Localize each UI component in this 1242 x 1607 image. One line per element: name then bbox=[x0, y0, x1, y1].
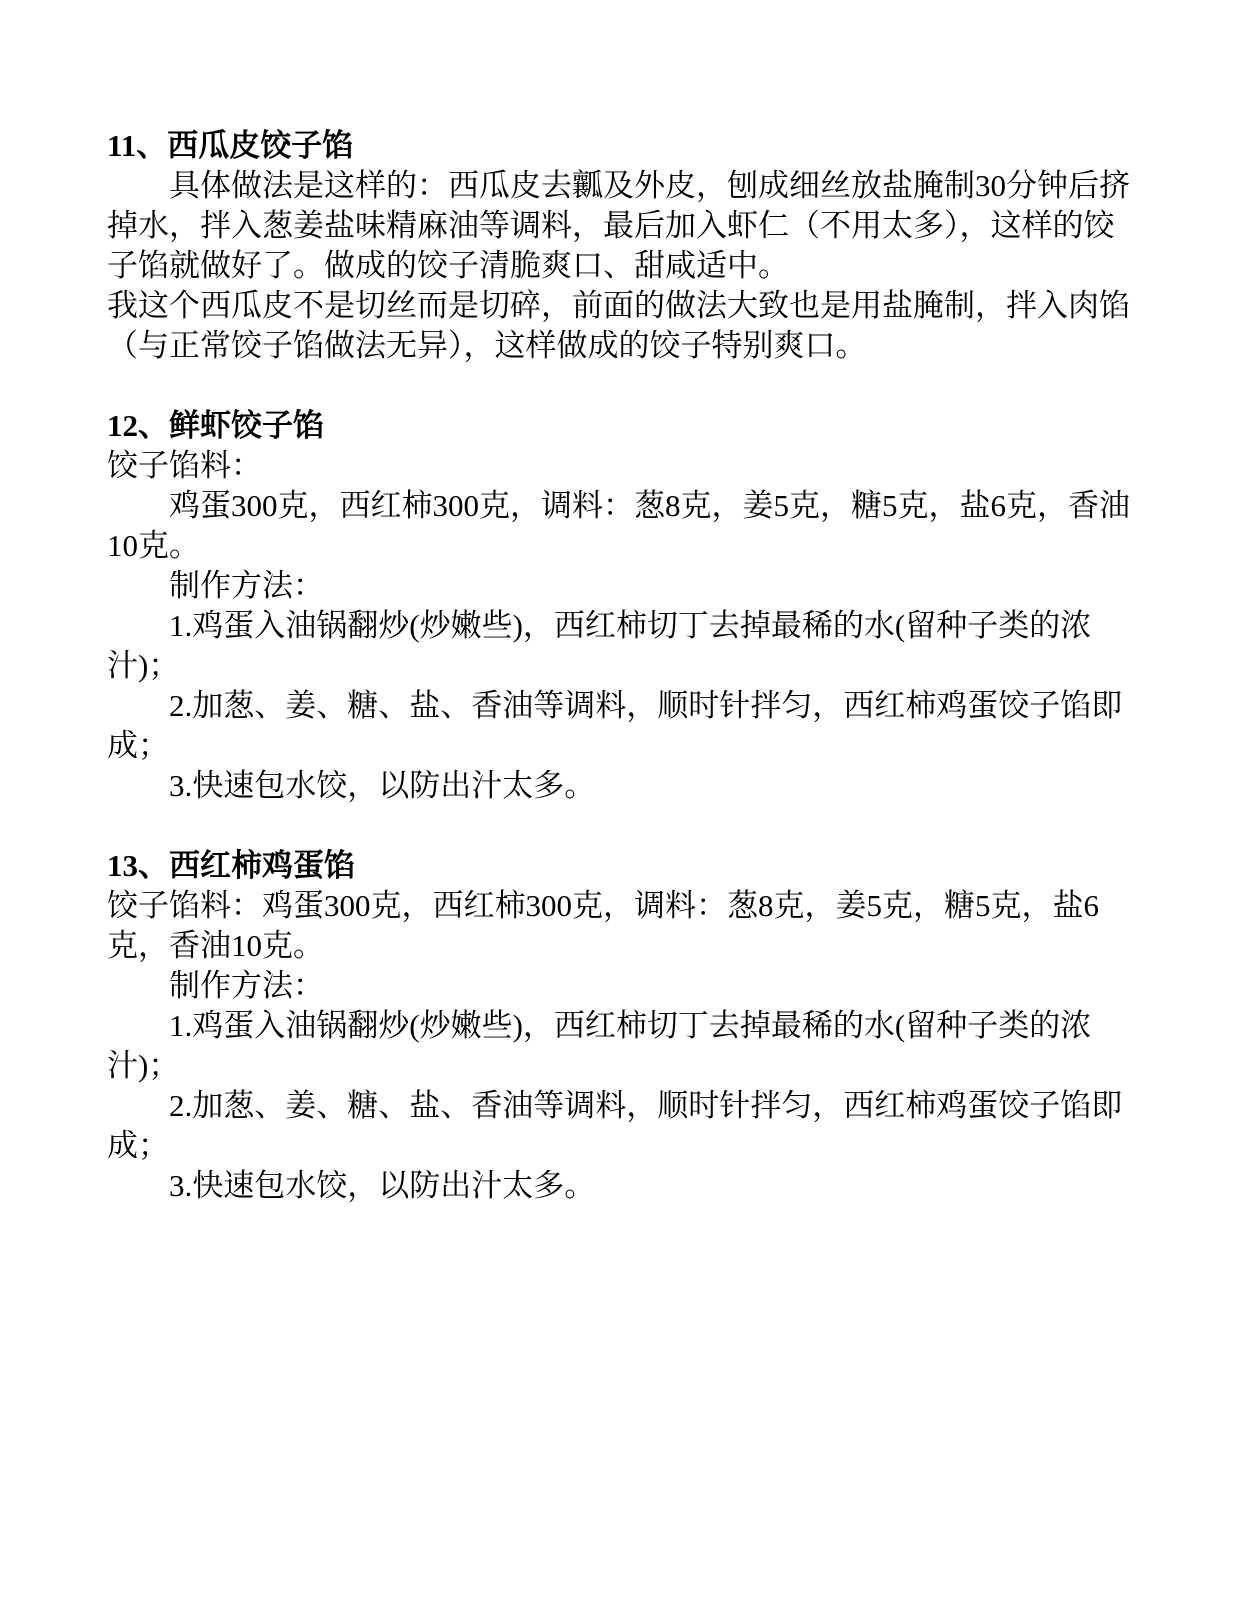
text-line: 10克。 bbox=[107, 526, 1142, 566]
text-line: 制作方法： bbox=[107, 566, 1142, 606]
text-line: 成； bbox=[107, 726, 1142, 766]
text-line: 克，香油10克。 bbox=[107, 926, 1142, 966]
text-line: 1.鸡蛋入油锅翻炒(炒嫩些)，西红柿切丁去掉最稀的水(留种子类的浓 bbox=[107, 606, 1142, 646]
text-line: （与正常饺子馅做法无异），这样做成的饺子特别爽口。 bbox=[107, 326, 1142, 366]
text-line: 具体做法是这样的：西瓜皮去瓤及外皮，刨成细丝放盐腌制30分钟后挤 bbox=[107, 166, 1142, 206]
text-line: 1.鸡蛋入油锅翻炒(炒嫩些)，西红柿切丁去掉最稀的水(留种子类的浓 bbox=[107, 1006, 1142, 1046]
section-fresh-shrimp-filling: 12、鲜虾饺子馅 饺子馅料： 鸡蛋300克，西红柿300克，调料：葱8克，姜5克… bbox=[107, 406, 1142, 806]
text-line: 鸡蛋300克，西红柿300克，调料：葱8克，姜5克，糖5克，盐6克，香油 bbox=[107, 486, 1142, 526]
text-line: 掉水，拌入葱姜盐味精麻油等调料，最后加入虾仁（不用太多），这样的饺 bbox=[107, 206, 1142, 246]
section-heading: 13、西红柿鸡蛋馅 bbox=[107, 846, 1142, 886]
section-heading: 12、鲜虾饺子馅 bbox=[107, 406, 1142, 446]
text-line: 成； bbox=[107, 1126, 1142, 1166]
text-line: 饺子馅料： bbox=[107, 446, 1142, 486]
text-line: 子馅就做好了。做成的饺子清脆爽口、甜咸适中。 bbox=[107, 246, 1142, 286]
text-line: 汁)； bbox=[107, 646, 1142, 686]
text-line: 我这个西瓜皮不是切丝而是切碎，前面的做法大致也是用盐腌制，拌入肉馅 bbox=[107, 286, 1142, 326]
text-line: 2.加葱、姜、糖、盐、香油等调料，顺时针拌匀，西红柿鸡蛋饺子馅即 bbox=[107, 1086, 1142, 1126]
section-heading: 11、西瓜皮饺子馅 bbox=[107, 126, 1142, 166]
text-line: 制作方法： bbox=[107, 966, 1142, 1006]
document-page: 11、西瓜皮饺子馅 具体做法是这样的：西瓜皮去瓤及外皮，刨成细丝放盐腌制30分钟… bbox=[0, 0, 1242, 1607]
section-watermelon-rind-filling: 11、西瓜皮饺子馅 具体做法是这样的：西瓜皮去瓤及外皮，刨成细丝放盐腌制30分钟… bbox=[107, 126, 1142, 366]
text-line: 3.快速包水饺，以防出汁太多。 bbox=[107, 766, 1142, 806]
text-line: 饺子馅料：鸡蛋300克，西红柿300克，调料：葱8克，姜5克，糖5克，盐6 bbox=[107, 886, 1142, 926]
text-line: 汁)； bbox=[107, 1046, 1142, 1086]
section-tomato-egg-filling: 13、西红柿鸡蛋馅 饺子馅料：鸡蛋300克，西红柿300克，调料：葱8克，姜5克… bbox=[107, 846, 1142, 1206]
text-line: 3.快速包水饺，以防出汁太多。 bbox=[107, 1166, 1142, 1206]
text-line: 2.加葱、姜、糖、盐、香油等调料，顺时针拌匀，西红柿鸡蛋饺子馅即 bbox=[107, 686, 1142, 726]
